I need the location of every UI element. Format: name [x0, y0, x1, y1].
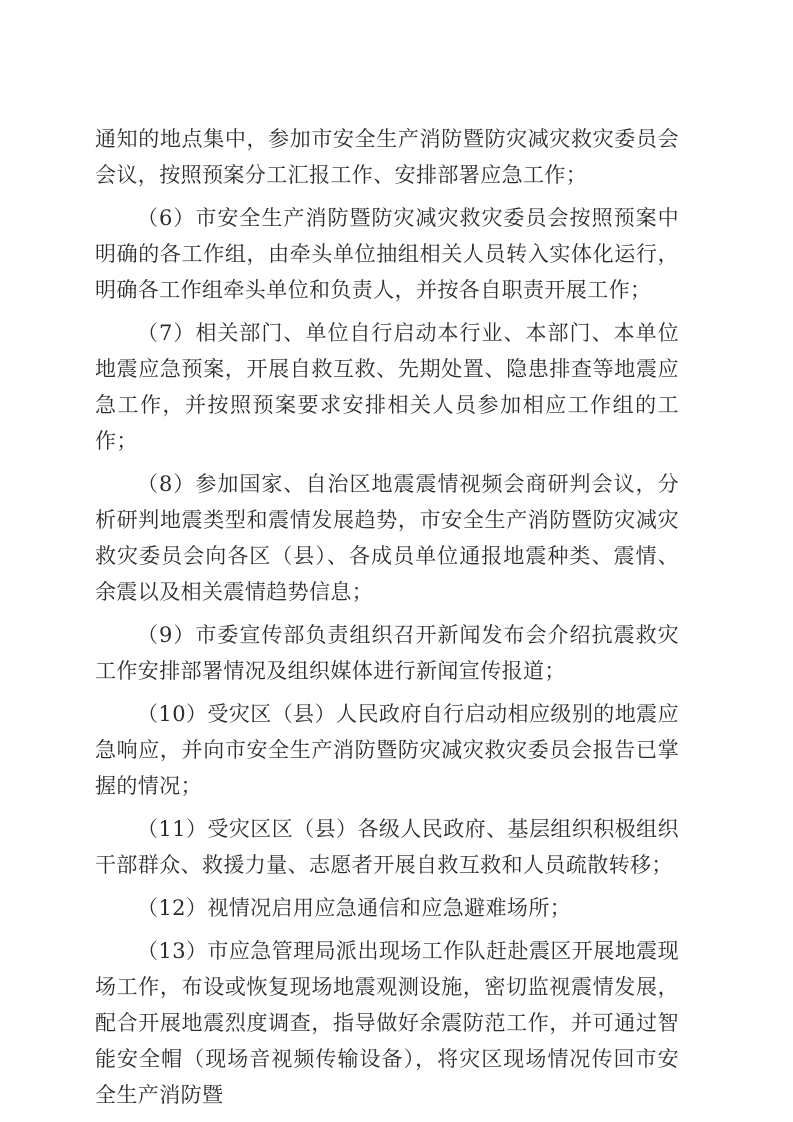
paragraph-item-12: （12）视情况启用应急通信和应急避难场所； [95, 890, 679, 926]
paragraph-item-8: （8）参加国家、自治区地震震情视频会商研判会议，分析研判地震类型和震情发展趋势，… [95, 466, 679, 610]
paragraph-item-9: （9）市委宣传部负责组织召开新闻发布会介绍抗震救灾工作安排部署情况及组织媒体进行… [95, 617, 679, 689]
document-body: 通知的地点集中，参加市安全生产消防暨防灾减灾救灾委员会会议，按照预案分工汇报工作… [95, 121, 679, 1113]
document-page: 通知的地点集中，参加市安全生产消防暨防灾减灾救灾委员会会议，按照预案分工汇报工作… [0, 0, 793, 1122]
paragraph-item-11: （11）受灾区区（县）各级人民政府、基层组织积极组织干部群众、救援力量、志愿者开… [95, 811, 679, 883]
paragraph-item-6: （6）市安全生产消防暨防灾减灾救灾委员会按照预案中明确的各工作组，由牵头单位抽组… [95, 200, 679, 308]
paragraph-item-7: （7）相关部门、单位自行启动本行业、本部门、本单位地震应急预案，开展自救互救、先… [95, 315, 679, 459]
paragraph-item-10: （10）受灾区（县）人民政府自行启动相应级别的地震应急响应，并向市安全生产消防暨… [95, 696, 679, 804]
paragraph-continuation: 通知的地点集中，参加市安全生产消防暨防灾减灾救灾委员会会议，按照预案分工汇报工作… [95, 121, 679, 193]
paragraph-item-13: （13）市应急管理局派出现场工作队赶赴震区开展地震现场工作，布设或恢复现场地震观… [95, 933, 679, 1113]
